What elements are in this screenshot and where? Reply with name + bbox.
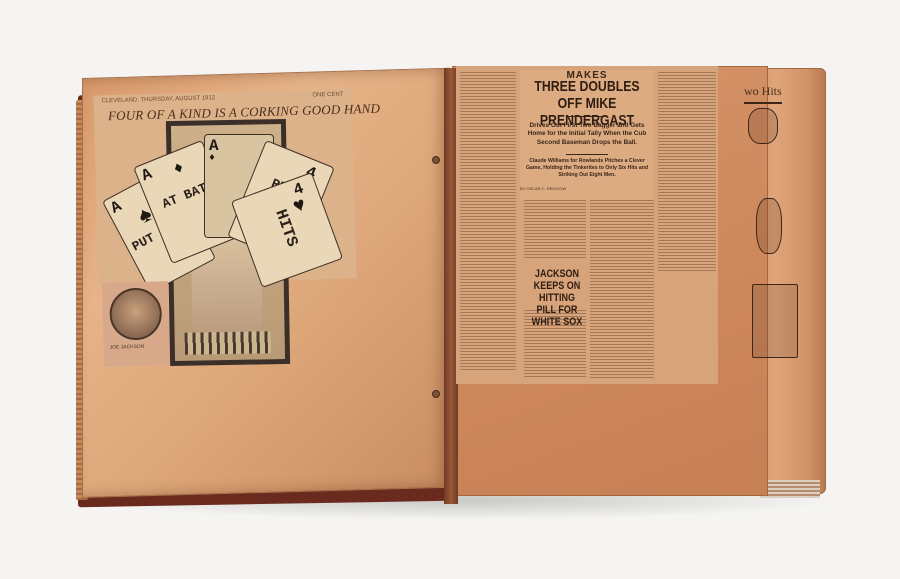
divider — [566, 154, 608, 155]
headline-deck: Drives Out First Two Bagger and Gets Hom… — [522, 122, 652, 147]
binding-ring — [432, 390, 440, 398]
portrait-clipping: JOE JACKSON — [102, 281, 170, 367]
diamond-icon: ♦ — [171, 159, 187, 179]
diamond-icon: ♦ — [209, 153, 215, 164]
divider — [566, 116, 608, 117]
heart-icon: ♥ — [290, 194, 309, 220]
portrait-caption: JOE JACKSON — [110, 344, 145, 351]
cuff-illustration — [185, 331, 271, 354]
page-stack-edges — [760, 480, 820, 498]
card-rank: A — [139, 165, 155, 185]
text-column — [524, 200, 586, 260]
batter-cartoon — [756, 198, 782, 254]
scrapbook-photo: CLEVELAND, THURSDAY, AUGUST 1912 ONE CEN… — [0, 0, 900, 579]
text-column — [460, 72, 516, 372]
portrait-photo — [109, 287, 162, 340]
second-headline: JACKSON KEEPS ON HITTING PILL FOR WHITE … — [528, 268, 585, 328]
binding-ring — [432, 156, 440, 164]
text-column — [590, 200, 654, 378]
divider — [744, 102, 782, 104]
headline-subdeck: Claude Williams for Rowlands Pitches a C… — [522, 158, 652, 179]
main-headline-block: MAKES THREE DOUBLES OFF MIKE PRENDERGAST… — [520, 70, 654, 200]
card-rank: A — [108, 197, 125, 217]
cartoon-illustration — [748, 108, 778, 144]
byline: BY OSCAR C. REICHOW — [520, 186, 566, 191]
clipping-price: ONE CENT — [312, 92, 343, 101]
edge-clipping-headline: wo Hits — [744, 84, 782, 99]
text-column — [658, 72, 716, 272]
cartoon-box — [752, 284, 798, 358]
